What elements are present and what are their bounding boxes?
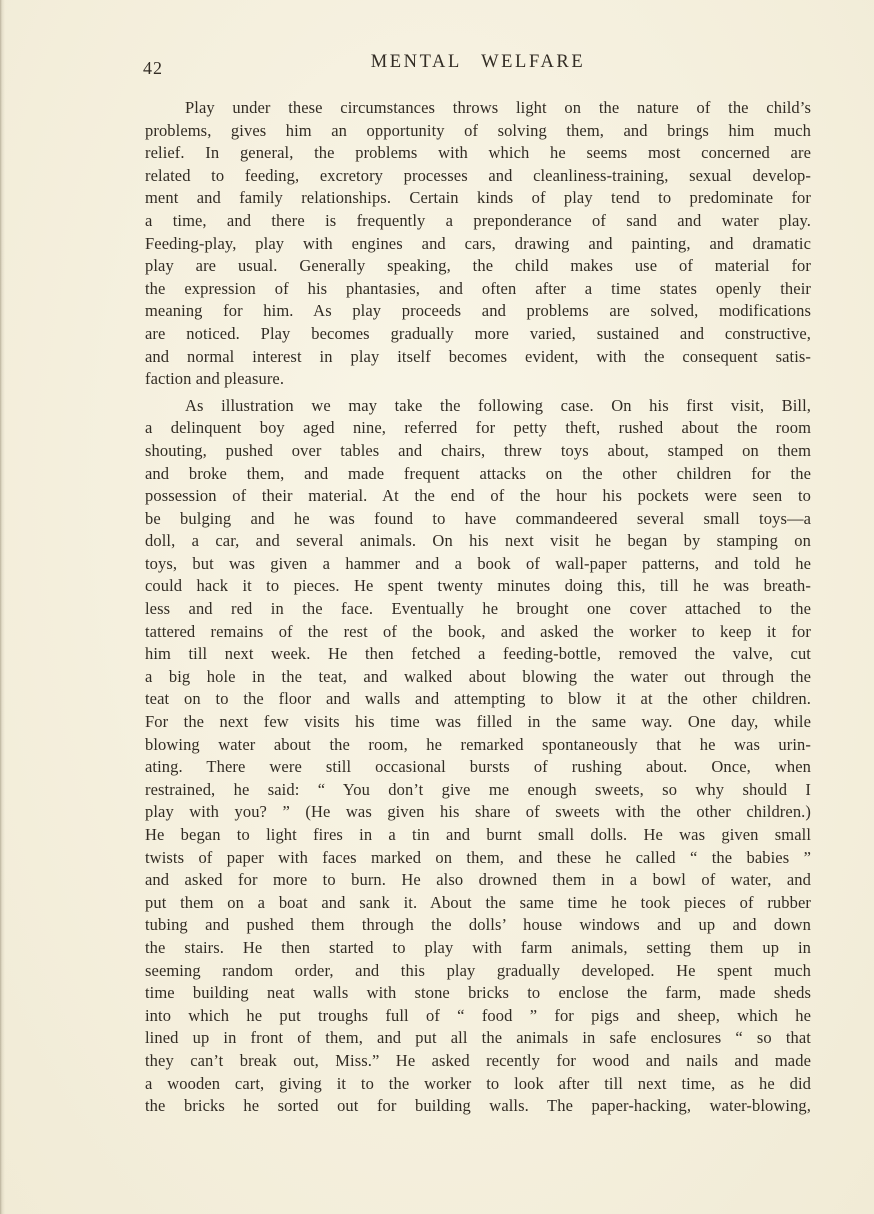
paragraph: Play under these circumstances throws li… bbox=[145, 97, 811, 391]
text-line: toys, but was given a hammer and a book … bbox=[145, 553, 811, 576]
text-line: restrained, he said: “ You don’t give me… bbox=[145, 779, 811, 802]
text-line: a wooden cart, giving it to the worker t… bbox=[145, 1073, 811, 1096]
text-line: Feeding-play, play with engines and cars… bbox=[145, 233, 811, 256]
text-line: put them on a boat and sank it. About th… bbox=[145, 892, 811, 915]
text-line: play are usual. Generally speaking, the … bbox=[145, 255, 811, 278]
text-line: related to feeding, excretory processes … bbox=[145, 165, 811, 188]
text-line: As illustration we may take the followin… bbox=[145, 395, 811, 418]
text-line: less and red in the face. Eventually he … bbox=[145, 598, 811, 621]
text-line: faction and pleasure. bbox=[145, 368, 811, 391]
text-line: lined up in front of them, and put all t… bbox=[145, 1027, 811, 1050]
book-page: 42 MENTAL WELFARE Play under these circu… bbox=[0, 0, 874, 1214]
text-line: ment and family relationships. Certain k… bbox=[145, 187, 811, 210]
text-line: and broke them, and made frequent attack… bbox=[145, 463, 811, 486]
text-line: He began to light fires in a tin and bur… bbox=[145, 824, 811, 847]
text-line: a big hole in the teat, and walked about… bbox=[145, 666, 811, 689]
text-line: doll, a car, and several animals. On his… bbox=[145, 530, 811, 553]
text-line: blowing water about the room, he remarke… bbox=[145, 734, 811, 757]
text-line: and asked for more to burn. He also drow… bbox=[145, 869, 811, 892]
text-line: play with you? ” (He was given his share… bbox=[145, 801, 811, 824]
text-line: a delinquent boy aged nine, referred for… bbox=[145, 417, 811, 440]
text-line: tattered remains of the rest of the book… bbox=[145, 621, 811, 644]
text-line: into which he put troughs full of “ food… bbox=[145, 1005, 811, 1028]
running-title: MENTAL WELFARE bbox=[145, 52, 811, 73]
text-line: relief. In general, the problems with wh… bbox=[145, 142, 811, 165]
text-line: teat on to the floor and walls and attem… bbox=[145, 688, 811, 711]
text-line: For the next few visits his time was fil… bbox=[145, 711, 811, 734]
paragraph: As illustration we may take the followin… bbox=[145, 395, 811, 1118]
text-line: and normal interest in play itself becom… bbox=[145, 346, 811, 369]
text-line: the stairs. He then started to play with… bbox=[145, 937, 811, 960]
text-line: problems, gives him an opportunity of so… bbox=[145, 120, 811, 143]
text-line: they can’t break out, Miss.” He asked re… bbox=[145, 1050, 811, 1073]
text-line: him till next week. He then fetched a fe… bbox=[145, 643, 811, 666]
text-line: are noticed. Play becomes gradually more… bbox=[145, 323, 811, 346]
text-line: meaning for him. As play proceeds and pr… bbox=[145, 300, 811, 323]
text-line: seeming random order, and this play grad… bbox=[145, 960, 811, 983]
text-line: could hack it to pieces. He spent twenty… bbox=[145, 575, 811, 598]
text-line: the expression of his phantasies, and of… bbox=[145, 278, 811, 301]
text-line: ating. There were still occasional burst… bbox=[145, 756, 811, 779]
text-line: tubing and pushed them through the dolls… bbox=[145, 914, 811, 937]
body-text: Play under these circumstances throws li… bbox=[145, 97, 811, 1118]
text-line: shouting, pushed over tables and chairs,… bbox=[145, 440, 811, 463]
text-line: possession of their material. At the end… bbox=[145, 485, 811, 508]
text-line: Play under these circumstances throws li… bbox=[145, 97, 811, 120]
text-line: be bulging and he was found to have comm… bbox=[145, 508, 811, 531]
running-head: 42 MENTAL WELFARE bbox=[145, 52, 811, 80]
text-line: the bricks he sorted out for building wa… bbox=[145, 1095, 811, 1118]
text-line: time building neat walls with stone bric… bbox=[145, 982, 811, 1005]
text-line: twists of paper with faces marked on the… bbox=[145, 847, 811, 870]
text-line: a time, and there is frequently a prepon… bbox=[145, 210, 811, 233]
